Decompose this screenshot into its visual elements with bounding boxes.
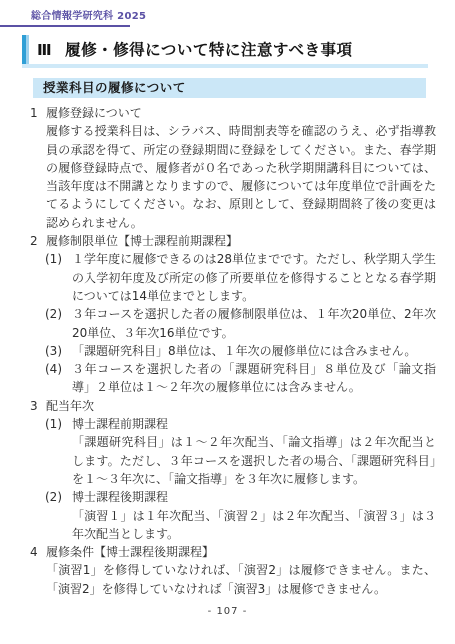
chapter-title-block: Ⅲ履修・修得について特に注意すべき事項	[22, 35, 428, 66]
sub-item-3-1: (1) 博士課程前期課程 「課題研究科目」は１～２年次配当、「論文指導」は２年次…	[46, 415, 436, 488]
item-title: 履修条件【博士課程後期課程】	[46, 543, 436, 561]
sub-item-number: (2)	[45, 305, 62, 323]
sub-item-number: (1)	[45, 415, 62, 433]
sub-item-number: (4)	[45, 360, 62, 378]
item-number: 4	[30, 543, 38, 561]
sub-item-body: １学年度に履修できるのは28単位までです。ただし、秋学期入学生の入学初年度及び所…	[72, 250, 436, 305]
item-body: 履修する授業科目は、シラバス、時間割表等を確認のうえ、必ず指導教員の承認を得て、…	[46, 122, 436, 232]
sub-item-body: ３年コースを選択した者の「課題研究科目」８単位及び「論文指導」２単位は１～２年次…	[72, 360, 436, 397]
item-title: 履修登録について	[46, 104, 436, 122]
title-numeral: Ⅲ	[37, 35, 52, 65]
item-number: 3	[30, 397, 38, 415]
sub-item-number: (2)	[45, 488, 62, 506]
content: 1 履修登録について 履修する授業科目は、シラバス、時間割表等を確認のうえ、必ず…	[30, 104, 436, 598]
sub-item-heading: 博士課程後期課程	[72, 488, 436, 506]
item-1: 1 履修登録について 履修する授業科目は、シラバス、時間割表等を確認のうえ、必ず…	[30, 104, 436, 232]
item-title: 履修制限単位【博士課程前期課程】	[46, 232, 436, 250]
item-body: 「演習1」を修得していなければ、「演習2」は履修できません。また、「演習2」を修…	[46, 561, 436, 598]
section-banner: 授業科目の履修について	[33, 78, 426, 98]
sub-item-number: (1)	[45, 250, 62, 268]
sub-item-body: ３年コースを選択した者の履修制限単位は、１年次20単位、2年次20単位、３年次1…	[72, 305, 436, 342]
title-underline	[22, 64, 428, 68]
item-4: 4 履修条件【博士課程後期課程】 「演習1」を修得していなければ、「演習2」は履…	[30, 543, 436, 598]
header-underline	[0, 25, 130, 27]
section-heading: 授業科目の履修について	[33, 78, 426, 98]
sub-item-body: 「課題研究科目」は１～２年次配当、「論文指導」は２年次配当とします。ただし、３年…	[72, 433, 436, 488]
document-page: 総合情報学研究科 2025 Ⅲ履修・修得について特に注意すべき事項 授業科目の履…	[0, 0, 455, 644]
title-accent-bar	[22, 35, 29, 66]
title-text: 履修・修得について特に注意すべき事項	[65, 41, 352, 59]
sub-item-heading: 博士課程前期課程	[72, 415, 436, 433]
sub-item-2-3: (3) 「課題研究科目」8単位は、１年次の履修単位には含みません。	[46, 342, 436, 360]
item-number: 2	[30, 232, 38, 250]
sub-item-body: 「演習１」は１年次配当、「演習２」は２年次配当、「演習３」は３年次配当とします。	[72, 507, 436, 544]
item-3: 3 配当年次 (1) 博士課程前期課程 「課題研究科目」は１～２年次配当、「論文…	[30, 397, 436, 543]
sub-item-2-2: (2) ３年コースを選択した者の履修制限単位は、１年次20単位、2年次20単位、…	[46, 305, 436, 342]
item-number: 1	[30, 104, 38, 122]
item-title: 配当年次	[46, 397, 436, 415]
item-2: 2 履修制限単位【博士課程前期課程】 (1) １学年度に履修できるのは28単位ま…	[30, 232, 436, 397]
sub-item-3-2: (2) 博士課程後期課程 「演習１」は１年次配当、「演習２」は２年次配当、「演習…	[46, 488, 436, 543]
header-label: 総合情報学研究科 2025	[31, 7, 146, 22]
sub-item-body: 「課題研究科目」8単位は、１年次の履修単位には含みません。	[72, 342, 436, 360]
sub-item-2-1: (1) １学年度に履修できるのは28単位までです。ただし、秋学期入学生の入学初年…	[46, 250, 436, 305]
sub-item-2-4: (4) ３年コースを選択した者の「課題研究科目」８単位及び「論文指導」２単位は１…	[46, 360, 436, 397]
page-title: Ⅲ履修・修得について特に注意すべき事項	[22, 35, 428, 65]
sub-item-number: (3)	[45, 342, 62, 360]
page-number-footer: - 107 -	[0, 606, 455, 617]
